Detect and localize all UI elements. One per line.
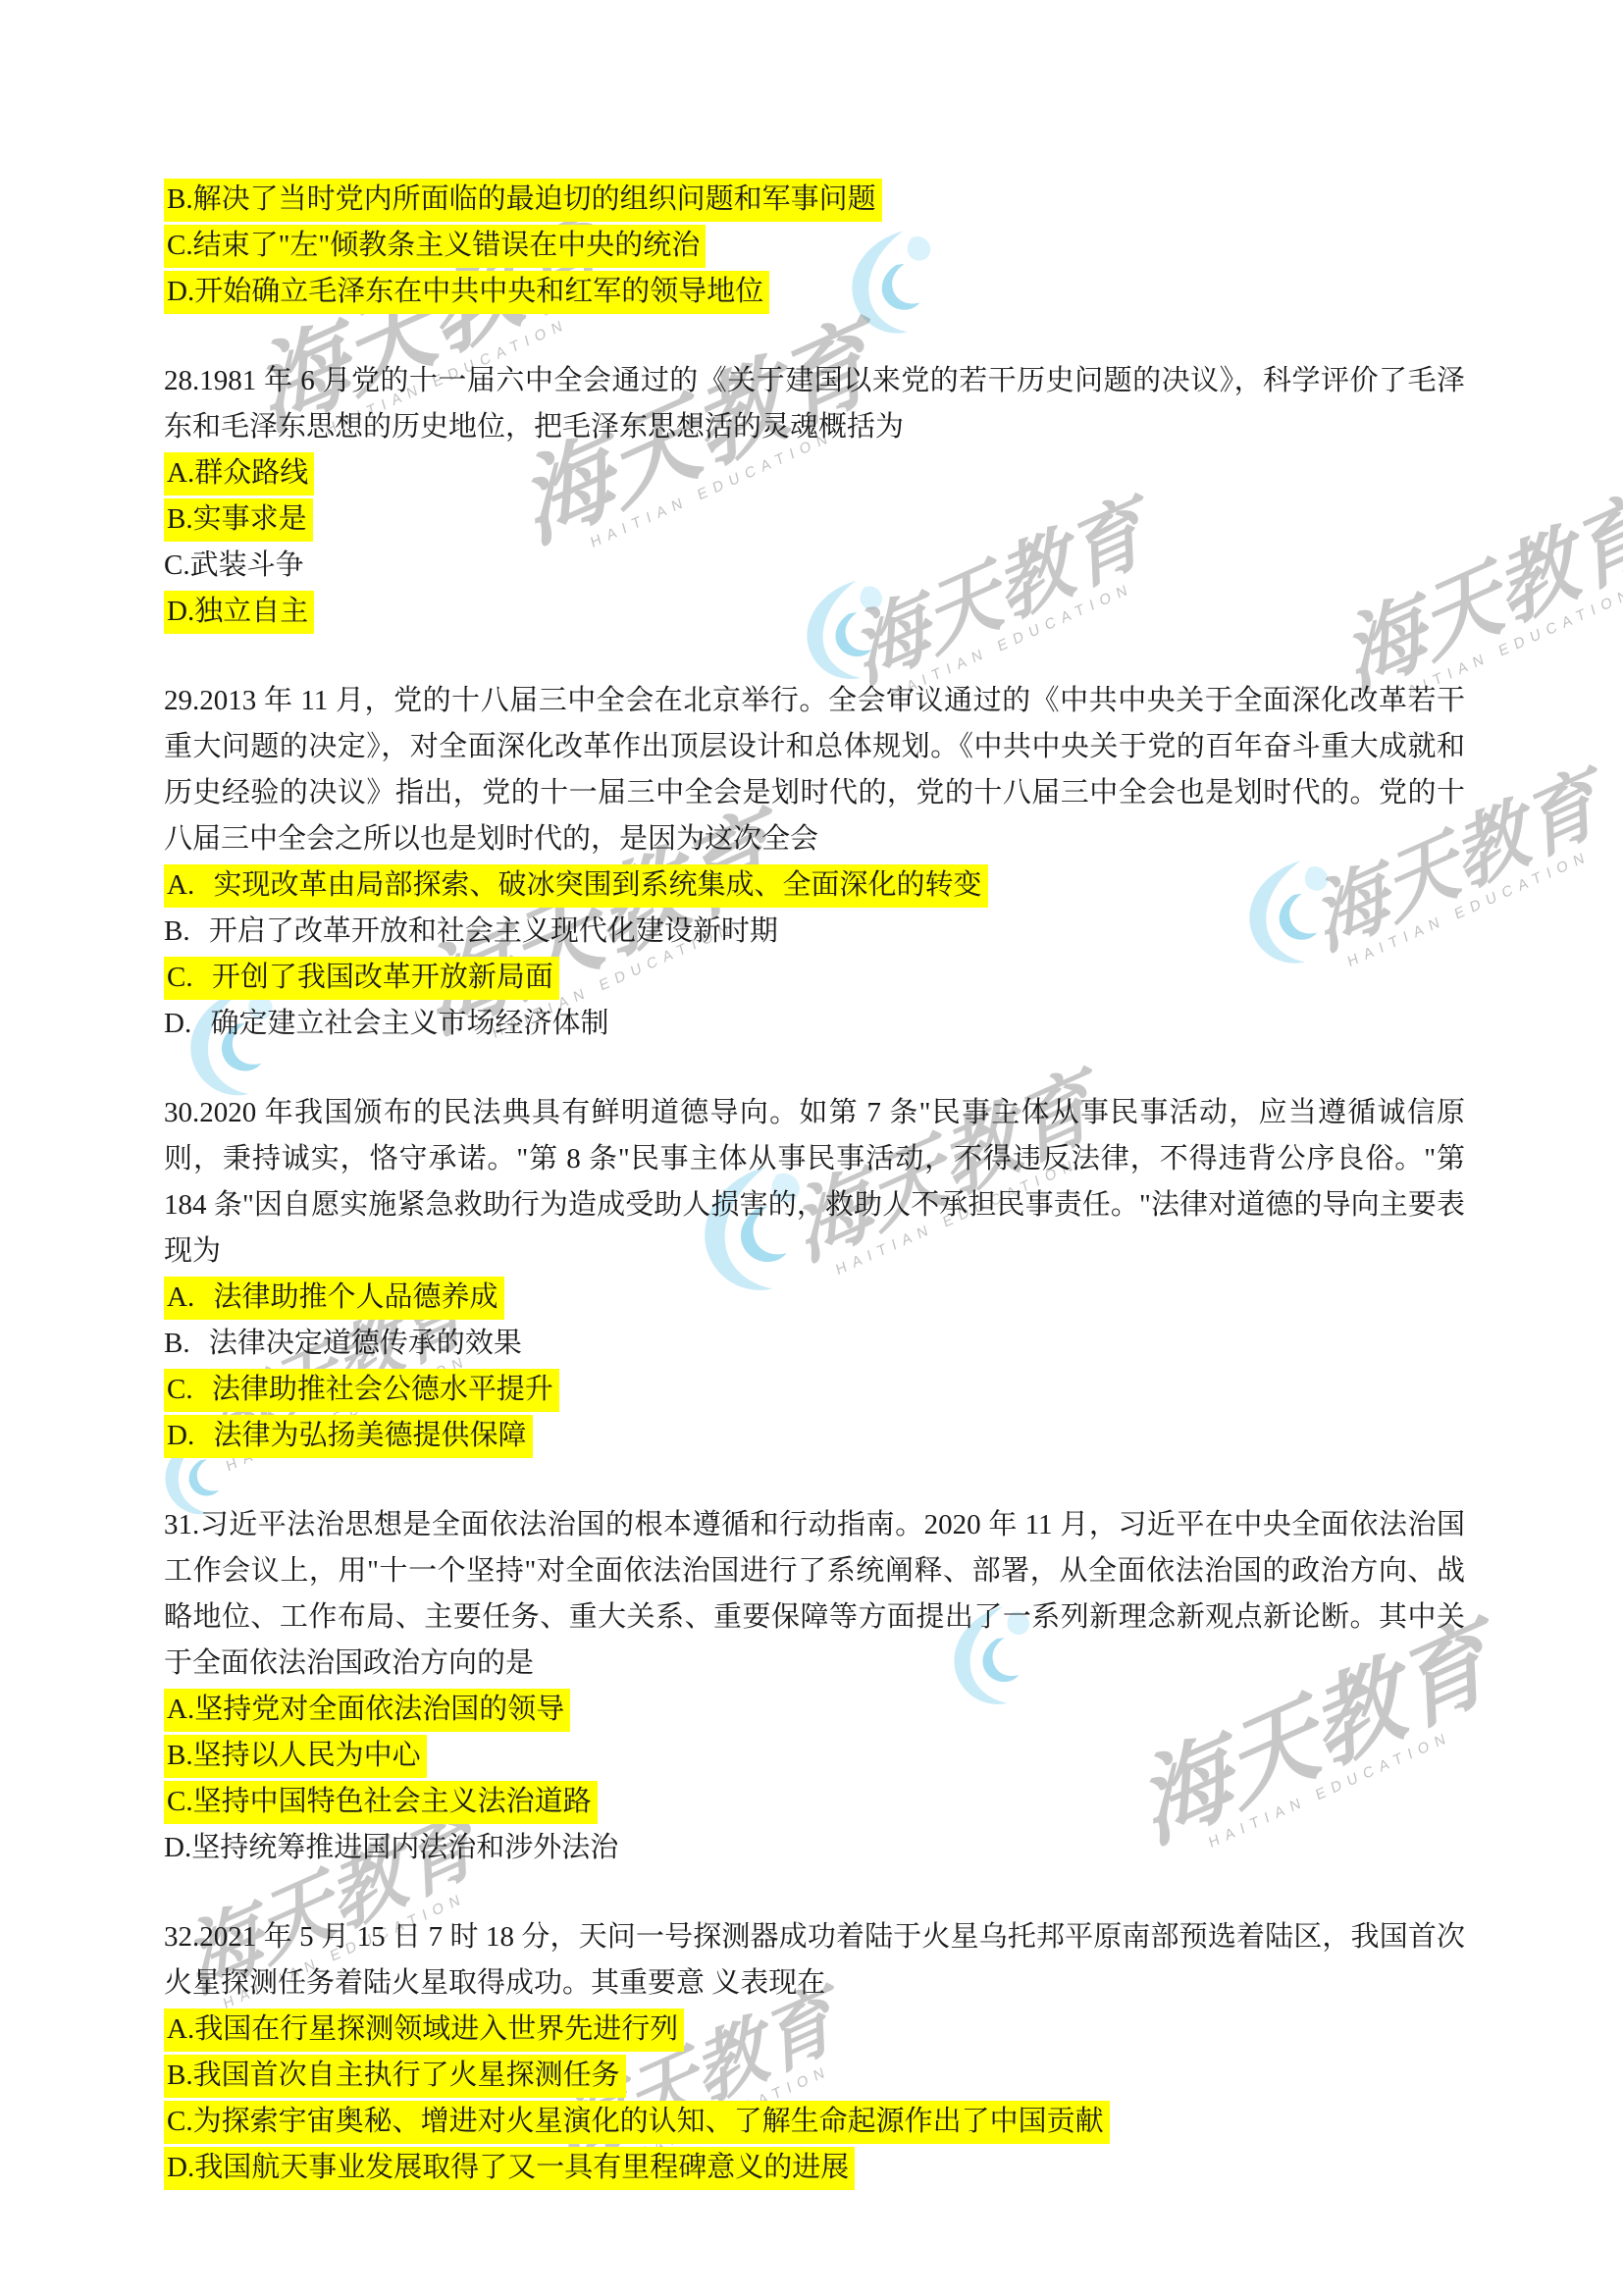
option-line: C.为探索宇宙奥秘、增进对火星演化的认知、了解生命起源作出了中国贡献: [164, 2099, 1465, 2145]
option-text: A.我国在行星探测领域进入世界先进行列: [164, 2009, 684, 2052]
option-line: C.结束了"左"倾教条主义错误在中央的统治: [164, 223, 1465, 269]
option-text: D.坚持统筹推进国内法治和涉外法治: [164, 1832, 618, 1863]
question-stem: 29.2013 年 11 月，党的十八届三中全会在北京举行。全会审议通过的《中共…: [164, 678, 1465, 862]
option-line: A.坚持党对全面依法治国的领导: [164, 1687, 1465, 1733]
option-line: B. 法律决定道德传承的效果: [164, 1321, 1465, 1367]
question-block: 32.2021 年 5 月 15 日 7 时 18 分，天问一号探测器成功着陆于…: [164, 1914, 1465, 2191]
option-text: B.我国首次自主执行了火星探测任务: [164, 2055, 626, 2098]
options: A.坚持党对全面依法治国的领导 B.坚持以人民为中心 C.坚持中国特色社会主义法…: [164, 1687, 1465, 1871]
question-block: 28.1981 年 6 月党的十一届六中全会通过的《关于建国以来党的若干历史问题…: [164, 358, 1465, 635]
options: A. 实现改革由局部探索、破冰突围到系统集成、全面深化的转变 B. 开启了改革开…: [164, 862, 1465, 1047]
options: A. 法律助推个人品德养成 B. 法律决定道德传承的效果 C. 法律助推社会公德…: [164, 1275, 1465, 1459]
options: A.我国在行星探测领域进入世界先进行列 B.我国首次自主执行了火星探测任务 C.…: [164, 2007, 1465, 2191]
option-line: D.我国航天事业发展取得了又一具有里程碑意义的进展: [164, 2145, 1465, 2191]
option-text: D.独立自主: [164, 591, 314, 634]
option-text: C. 法律助推社会公德水平提升: [164, 1369, 559, 1412]
option-text: B.实事求是: [164, 498, 313, 542]
option-line: D.开始确立毛泽东在中共中央和红军的领导地位: [164, 269, 1465, 315]
option-line: B.坚持以人民为中心: [164, 1733, 1465, 1779]
option-text: C.为探索宇宙奥秘、增进对火星演化的认知、了解生命起源作出了中国贡献: [164, 2101, 1110, 2144]
option-line: D. 确定建立社会主义市场经济体制: [164, 1001, 1465, 1047]
option-line: C.武装斗争: [164, 543, 1465, 589]
option-text: C. 开创了我国改革开放新局面: [164, 957, 559, 1000]
option-text: D. 确定建立社会主义市场经济体制: [164, 1008, 609, 1039]
option-line: C. 法律助推社会公德水平提升: [164, 1367, 1465, 1413]
option-text: D.开始确立毛泽东在中共中央和红军的领导地位: [164, 271, 769, 314]
option-text: A. 法律助推个人品德养成: [164, 1277, 504, 1320]
option-line: B.我国首次自主执行了火星探测任务: [164, 2053, 1465, 2099]
question-block: 29.2013 年 11 月，党的十八届三中全会在北京举行。全会审议通过的《中共…: [164, 678, 1465, 1047]
option-text: B.坚持以人民为中心: [164, 1735, 427, 1778]
option-line: D.坚持统筹推进国内法治和涉外法治: [164, 1825, 1465, 1871]
option-line: B.实事求是: [164, 496, 1465, 543]
option-text: C.武装斗争: [164, 549, 304, 581]
option-text: B. 开启了改革开放和社会主义现代化建设新时期: [164, 915, 778, 947]
question-block: 30.2020 年我国颁布的民法典具有鲜明道德导向。如第 7 条"民事主体从事民…: [164, 1090, 1465, 1459]
exam-content: B.解决了当时党内所面临的最迫切的组织问题和军事问题 C.结束了"左"倾教条主义…: [164, 177, 1465, 2234]
option-line: D.独立自主: [164, 589, 1465, 635]
option-line: B.解决了当时党内所面临的最迫切的组织问题和军事问题: [164, 177, 1465, 223]
options: A.群众路线 B.实事求是 C.武装斗争 D.独立自主: [164, 450, 1465, 635]
option-text: D. 法律为弘扬美德提供保障: [164, 1415, 533, 1458]
option-text: C.结束了"左"倾教条主义错误在中央的统治: [164, 225, 706, 268]
question-block: 31.习近平法治思想是全面依法治国的根本遵循和行动指南。2020 年 11 月，…: [164, 1502, 1465, 1871]
option-line: D. 法律为弘扬美德提供保障: [164, 1413, 1465, 1459]
question-stem: 31.习近平法治思想是全面依法治国的根本遵循和行动指南。2020 年 11 月，…: [164, 1502, 1465, 1687]
option-line: A. 法律助推个人品德养成: [164, 1275, 1465, 1321]
option-line: C.坚持中国特色社会主义法治道路: [164, 1779, 1465, 1825]
option-text: B.解决了当时党内所面临的最迫切的组织问题和军事问题: [164, 179, 882, 222]
option-line: B. 开启了改革开放和社会主义现代化建设新时期: [164, 909, 1465, 955]
option-text: A. 实现改革由局部探索、破冰突围到系统集成、全面深化的转变: [164, 864, 988, 908]
option-text: A.群众路线: [164, 452, 314, 496]
question-stem: 30.2020 年我国颁布的民法典具有鲜明道德导向。如第 7 条"民事主体从事民…: [164, 1090, 1465, 1275]
option-text: B. 法律决定道德传承的效果: [164, 1328, 522, 1359]
question-block: B.解决了当时党内所面临的最迫切的组织问题和军事问题 C.结束了"左"倾教条主义…: [164, 177, 1465, 315]
option-line: A.群众路线: [164, 450, 1465, 496]
option-text: D.我国航天事业发展取得了又一具有里程碑意义的进展: [164, 2147, 855, 2190]
option-line: A.我国在行星探测领域进入世界先进行列: [164, 2007, 1465, 2053]
exam-page: { "page": { "background_color": "#ffffff…: [0, 0, 1623, 2296]
options: B.解决了当时党内所面临的最迫切的组织问题和军事问题 C.结束了"左"倾教条主义…: [164, 177, 1465, 315]
question-stem: 28.1981 年 6 月党的十一届六中全会通过的《关于建国以来党的若干历史问题…: [164, 358, 1465, 450]
option-line: A. 实现改革由局部探索、破冰突围到系统集成、全面深化的转变: [164, 862, 1465, 909]
question-stem: 32.2021 年 5 月 15 日 7 时 18 分，天问一号探测器成功着陆于…: [164, 1914, 1465, 2007]
option-text: C.坚持中国特色社会主义法治道路: [164, 1781, 598, 1824]
option-line: C. 开创了我国改革开放新局面: [164, 955, 1465, 1001]
option-text: A.坚持党对全面依法治国的领导: [164, 1689, 570, 1732]
